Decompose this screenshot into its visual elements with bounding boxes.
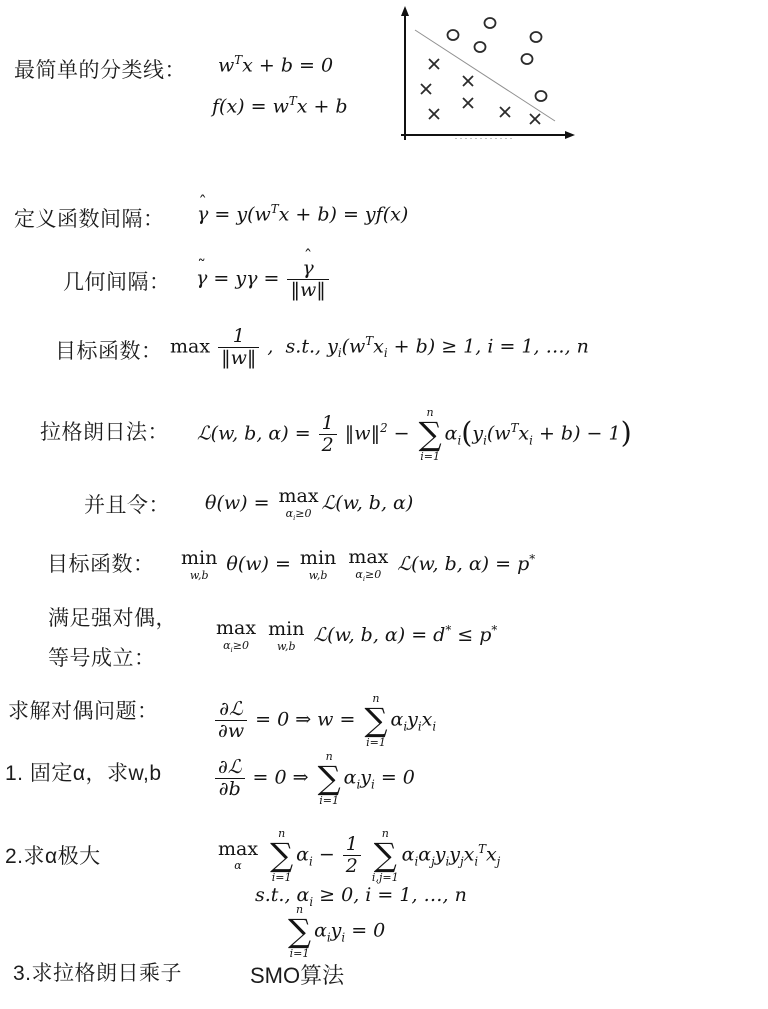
o-marker: [536, 91, 547, 101]
label-geometric-margin: 几何间隔：: [63, 266, 171, 296]
label-objective-1: 目标函数：: [55, 335, 163, 365]
formula-geometric-margin: ˜γ = yγ = ˆγ‖w‖: [196, 258, 331, 301]
o-marker: [448, 30, 459, 40]
formula-step2-sumzero: n∑i=1αiyi = 0: [285, 903, 385, 960]
label-lagrange: 拉格朗日法：: [40, 416, 169, 446]
label-classifier: 最简单的分类线：: [14, 54, 186, 84]
svm-notes-page: 最简单的分类线： wTx + b = 0 f(x) = wTx + b 定义函数…: [0, 0, 768, 1009]
formula-objective-2: minw,b θ(w) = minw,b maxαi≥0 ℒ(w, b, α) …: [178, 547, 535, 583]
label-step3: 3.求拉格朗日乘子: [13, 957, 182, 987]
formula-lagrange: ℒ(w, b, α) = 12 ‖w‖2 − n∑i=1αi(yi(wTxi +…: [197, 406, 632, 463]
formula-and-let: θ(w) = maxαi≥0ℒ(w, b, α): [205, 486, 413, 522]
label-dual-problem: 求解对偶问题：: [8, 695, 159, 725]
o-marker: [485, 18, 496, 28]
o-marker: [531, 32, 542, 42]
o-marker: [522, 54, 533, 64]
formula-classifier-fx: f(x) = wTx + b: [212, 94, 348, 117]
label-objective-2: 目标函数：: [47, 548, 155, 578]
formula-dual-dldw: ∂ℒ∂w = 0 ⇒ w = n∑i=1αiyixi: [213, 692, 436, 749]
smo-algorithm-text: SMO算法: [250, 959, 344, 990]
formula-classifier-line: wTx + b = 0: [218, 53, 333, 76]
svm-scatter-figure: [393, 2, 583, 147]
y-axis-arrow: [401, 6, 409, 16]
o-marker: [475, 42, 486, 52]
formula-objective-1: max 1‖w‖ , s.t., yi(wTxi + b) ≥ 1, i = 1…: [170, 326, 589, 369]
formula-step1-dldb: ∂ℒ∂b = 0 ⇒ n∑i=1αiyi = 0: [213, 750, 415, 807]
x-axis-arrow: [565, 131, 575, 139]
label-strong-duality-2: 等号成立：: [48, 642, 156, 672]
label-functional-margin: 定义函数间隔：: [14, 203, 165, 233]
label-strong-duality-1: 满足强对偶，: [48, 602, 177, 632]
label-step1: 1. 固定α，求w,b: [5, 757, 162, 787]
label-step2: 2.求α极大: [5, 840, 101, 870]
formula-strong-duality: maxαi≥0 minw,b ℒ(w, b, α) = d* ≤ p*: [213, 618, 497, 654]
formula-step2-max: maxα n∑i=1αi − 12 n∑i,j=1αiαjyiyjxiTxj: [215, 827, 500, 884]
label-and-let: 并且令：: [84, 489, 170, 519]
formula-functional-margin: ˆγ = y(wTx + b) = yf(x): [197, 202, 408, 225]
